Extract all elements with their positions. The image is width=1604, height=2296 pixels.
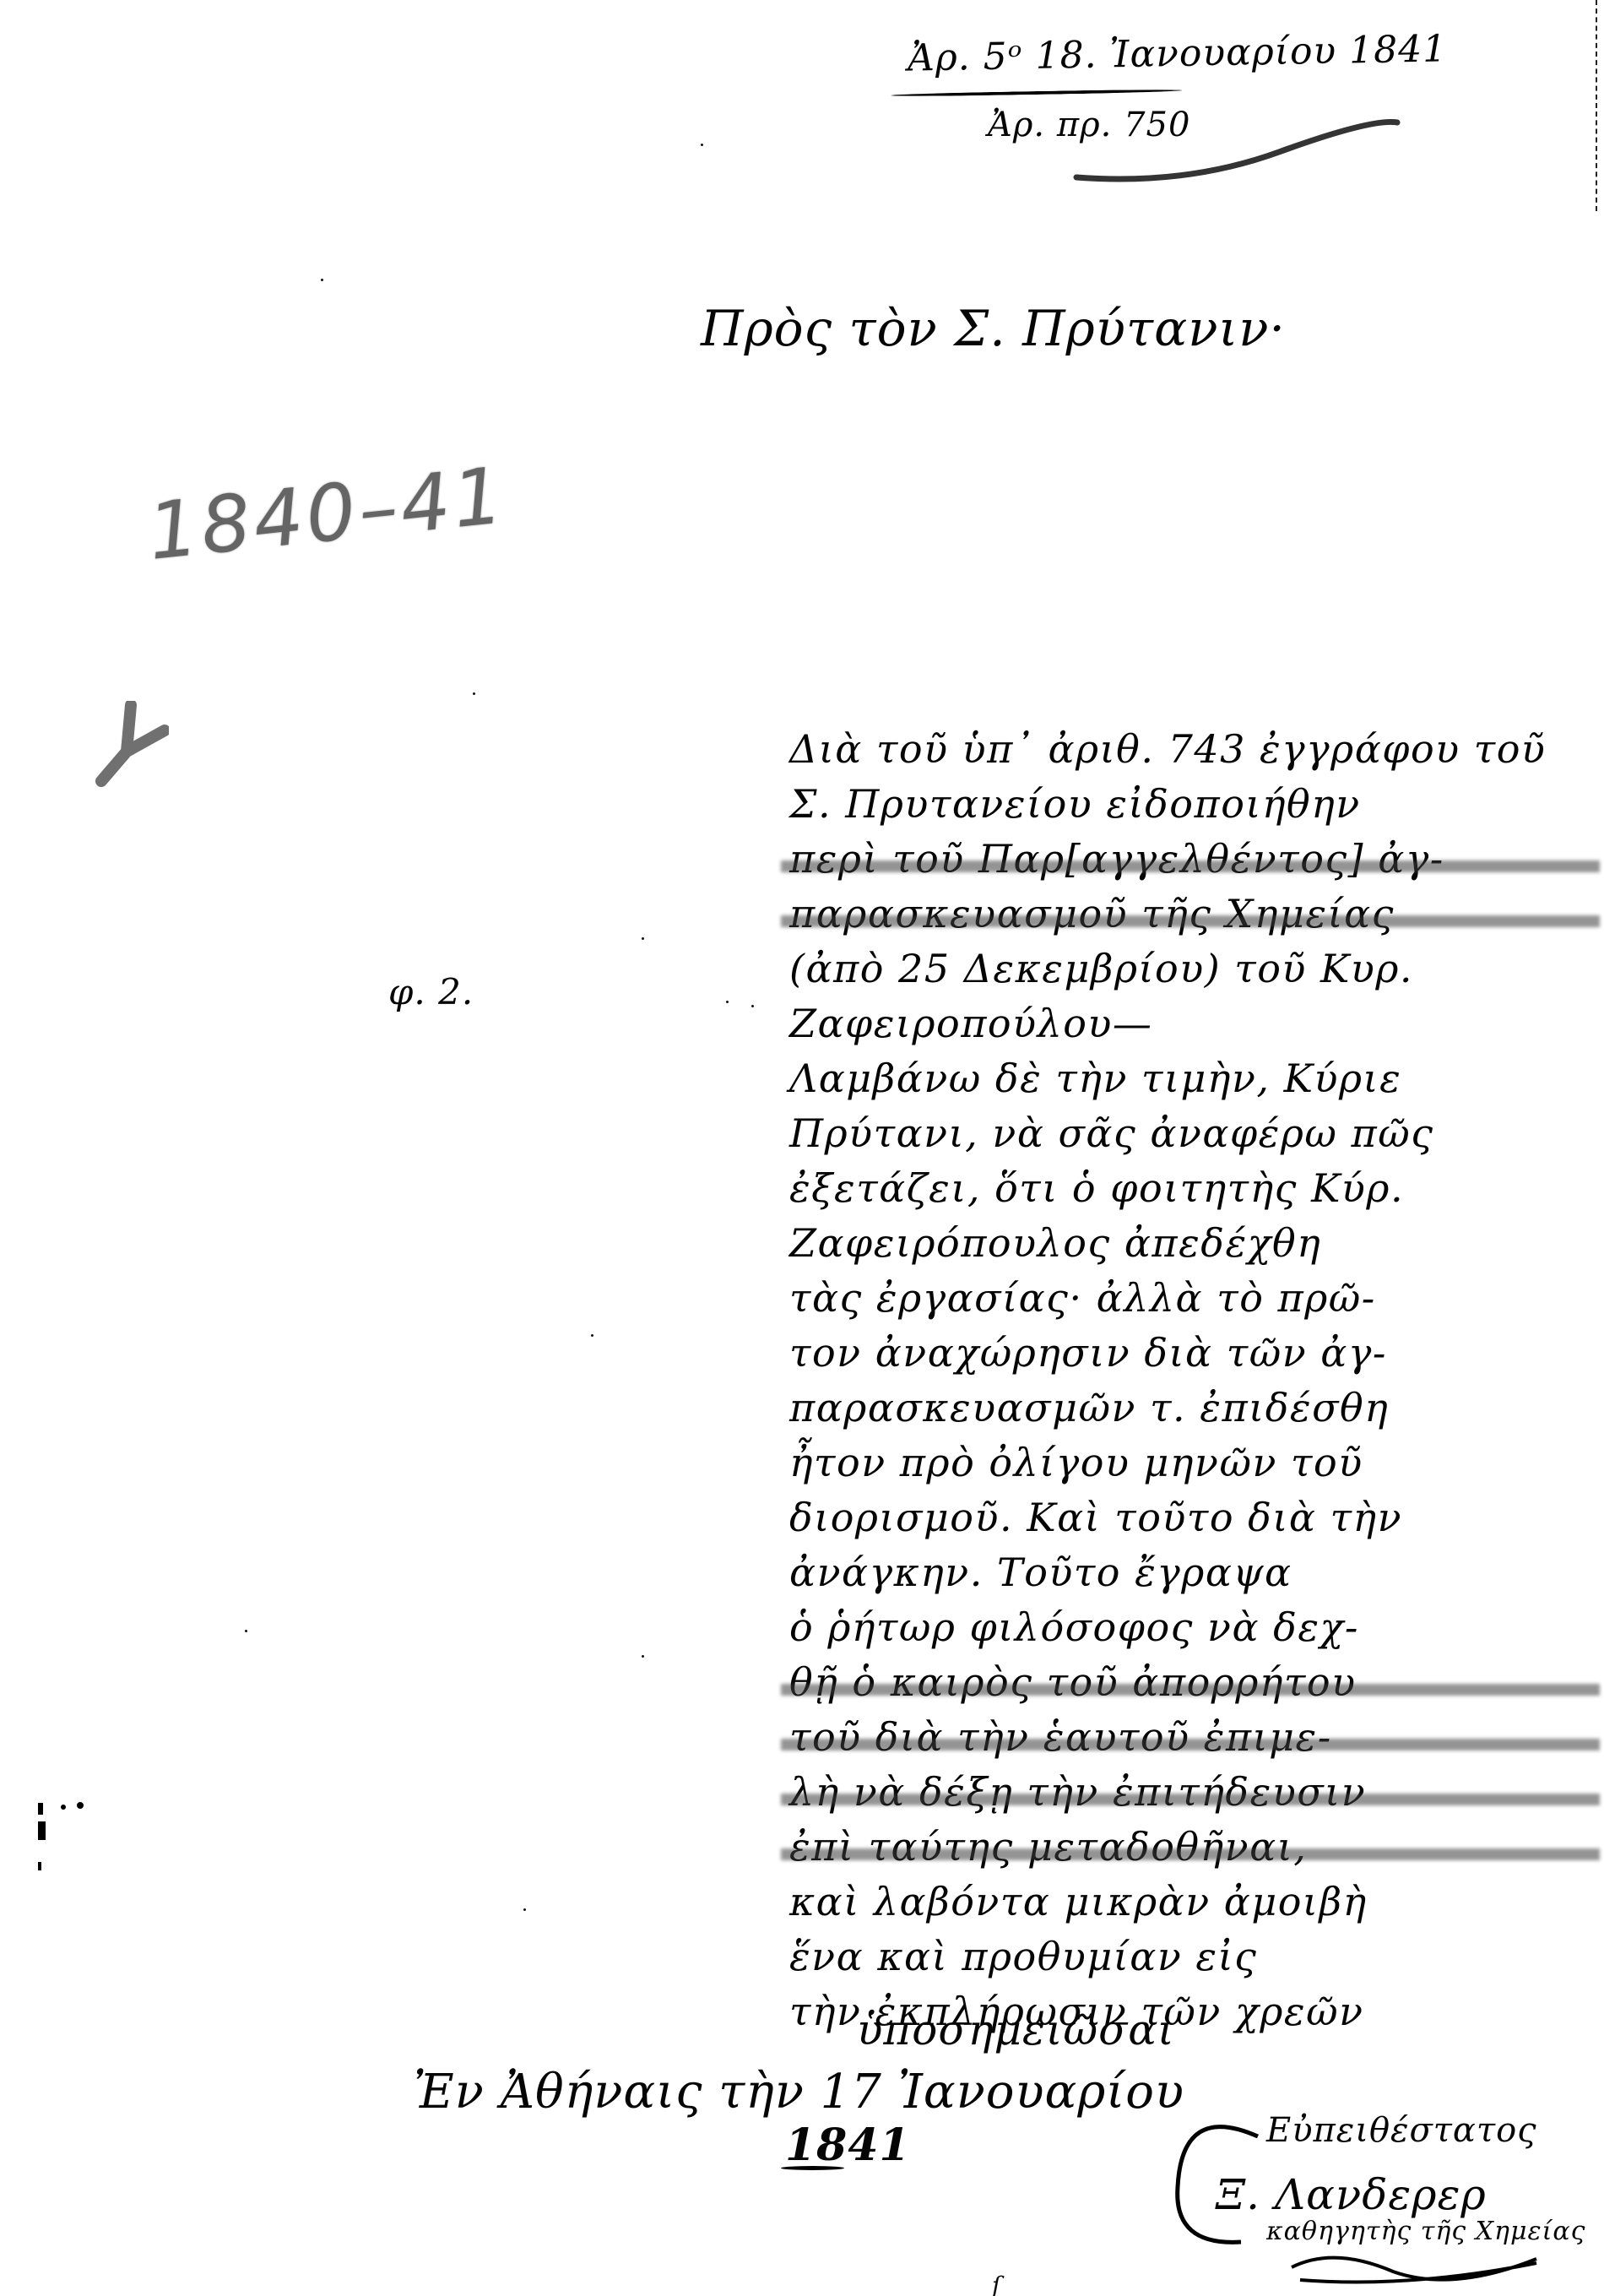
pen-flourish-icon xyxy=(1068,118,1406,186)
addressee-heading: Πρὸς τὸν Σ. Πρύτανιν· xyxy=(701,300,1286,357)
scan-speck xyxy=(473,692,475,695)
body-line-struck: ἐπὶ ταύτης μεταδοθῆναι, xyxy=(789,1820,1591,1875)
scanned-page: Ἀρ. 5ᵒ 18. Ἰανουαρίου 1841 Ἀρ. πρ. 750 Π… xyxy=(0,0,1604,2296)
body-line: Σ. Πρυτανείου εἰδοποιήθην xyxy=(789,777,1591,832)
scan-speck xyxy=(321,279,323,281)
scan-speck xyxy=(591,1334,593,1337)
body-line: τον ἀναχώρησιν διὰ τῶν ἀγ- xyxy=(789,1326,1591,1381)
body-line-struck: λὴ νὰ δέξῃ τὴν ἐπιτήδευσιν xyxy=(789,1765,1591,1820)
body-line: παρασκευασμῶν τ. ἐπιδέσθη xyxy=(789,1381,1591,1436)
body-line: ἀνάγκην. Τοῦτο ἔγραψα xyxy=(789,1545,1591,1600)
signature-name: Ξ. Λανδερερ xyxy=(1216,2170,1487,2219)
scan-speck xyxy=(245,1630,247,1632)
scan-speck xyxy=(523,1908,526,1911)
scan-speck xyxy=(726,1001,729,1003)
body-line: διορισμοῦ. Καὶ τοῦτο διὰ τὴν xyxy=(789,1490,1591,1545)
page-edge-shadow xyxy=(1594,0,1597,211)
body-line-struck: τοῦ διὰ τὴν ἑαυτοῦ ἐπιμε- xyxy=(789,1710,1591,1765)
body-line: Λαμβάνω δὲ τὴν τιμὴν, Κύριε xyxy=(789,1051,1591,1106)
bottom-ink-mark: ſ xyxy=(992,2272,1001,2296)
binding-hole-marks-icon xyxy=(21,1786,89,1887)
body-line: ἕνα καὶ προθυμίαν εἰς xyxy=(789,1930,1591,1984)
scan-speck xyxy=(751,1005,754,1007)
letter-body: Διὰ τοῦ ὑπ᾿ ἀριθ. 743 ἐγγράφου τοῦ Σ. Πρ… xyxy=(789,722,1591,2039)
signature-paraph-icon xyxy=(1283,2250,1553,2293)
scan-speck xyxy=(642,1655,644,1658)
year-underline xyxy=(781,2166,844,2170)
body-line: καὶ λαβόντα μικρὰν ἀμοιβὴ xyxy=(789,1875,1591,1930)
archival-pencil-note: 1840–41 xyxy=(144,450,511,578)
body-line: Πρύτανι, νὰ σᾶς ἀναφέρω πῶς xyxy=(789,1106,1591,1161)
body-line: Ζαφειρόπουλος ἀπεδέχθη xyxy=(789,1216,1591,1271)
body-line: ὁ ῥήτωρ φιλόσοφος νὰ δεχ- xyxy=(789,1600,1591,1655)
body-line: Διὰ τοῦ ὑπ᾿ ἀριθ. 743 ἐγγράφου τοῦ xyxy=(789,722,1591,777)
body-line-struck: περὶ τοῦ Παρ[αγγελθέντος] ἀγ- xyxy=(789,832,1591,887)
body-line: ἐξετάζει, ὅτι ὁ φοιτητὴς Κύρ. xyxy=(789,1161,1591,1216)
body-line: (ἀπὸ 25 Δεκεμβρίου) τοῦ Κυρ. xyxy=(789,942,1591,996)
signatory-title: καθηγητὴς τῆς Χημείας xyxy=(1266,2217,1585,2246)
complimentary-close: Εὐπειθέστατος xyxy=(1266,2111,1537,2150)
reference-divider xyxy=(891,89,1182,97)
reference-number-line: Ἀρ. 5ᵒ 18. Ἰανουαρίου 1841 xyxy=(908,27,1448,79)
scan-speck xyxy=(642,937,644,940)
place-and-date: Ἐν Ἀθήναις τὴν 17 Ἰανουαρίου xyxy=(414,2065,1184,2120)
pencil-tick-mark-icon xyxy=(93,701,169,794)
body-line: Ζαφειροπούλου— xyxy=(789,996,1591,1051)
folio-mark: φ. 2. xyxy=(388,971,474,1012)
date-year: 1841 xyxy=(785,2120,911,2171)
scan-speck xyxy=(701,144,703,146)
body-line: ἦτον πρὸ ὀλίγου μηνῶν τοῦ xyxy=(789,1436,1591,1490)
body-line-struck: παρασκευασμοῦ τῆς Χημείας xyxy=(789,887,1591,942)
body-line-struck: θῇ ὁ καιρὸς τοῦ ἀπορρήτου xyxy=(789,1655,1591,1710)
body-line: τὰς ἐργασίας· ἀλλὰ τὸ πρῶ- xyxy=(789,1271,1591,1326)
closing-word: ὑποσημειῶσαι xyxy=(857,2006,1175,2054)
